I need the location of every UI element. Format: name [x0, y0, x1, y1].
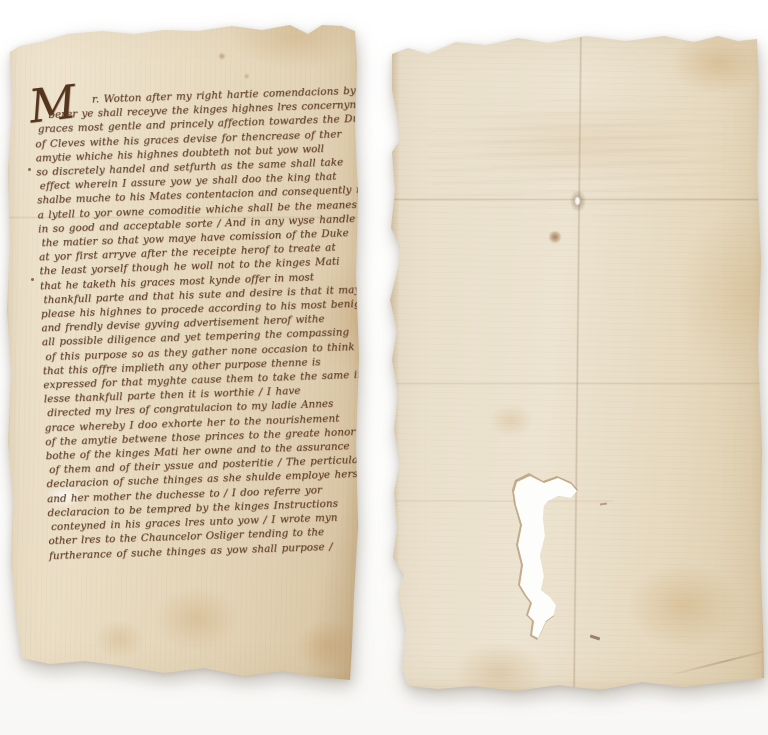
fold-crease-horizontal — [386, 500, 613, 502]
fold-pinhole — [575, 197, 580, 205]
manuscript-photo: M r. Wotton after my right hartie comend… — [0, 0, 768, 735]
verso-paper — [386, 30, 764, 692]
manuscript-page-verso — [386, 30, 764, 692]
letter-text: M r. Wotton after my right hartie comend… — [34, 84, 360, 563]
ink-fleck — [600, 503, 607, 506]
stain-dot — [549, 231, 561, 243]
ink-fleck — [590, 635, 600, 641]
manuscript-page-recto: M r. Wotton after my right hartie comend… — [6, 16, 360, 686]
recto-paper: M r. Wotton after my right hartie comend… — [6, 16, 360, 686]
ink-speck — [31, 278, 34, 281]
crease-diagonal — [668, 646, 764, 677]
fold-crease-horizontal — [386, 382, 764, 385]
ink-speck — [28, 168, 31, 171]
